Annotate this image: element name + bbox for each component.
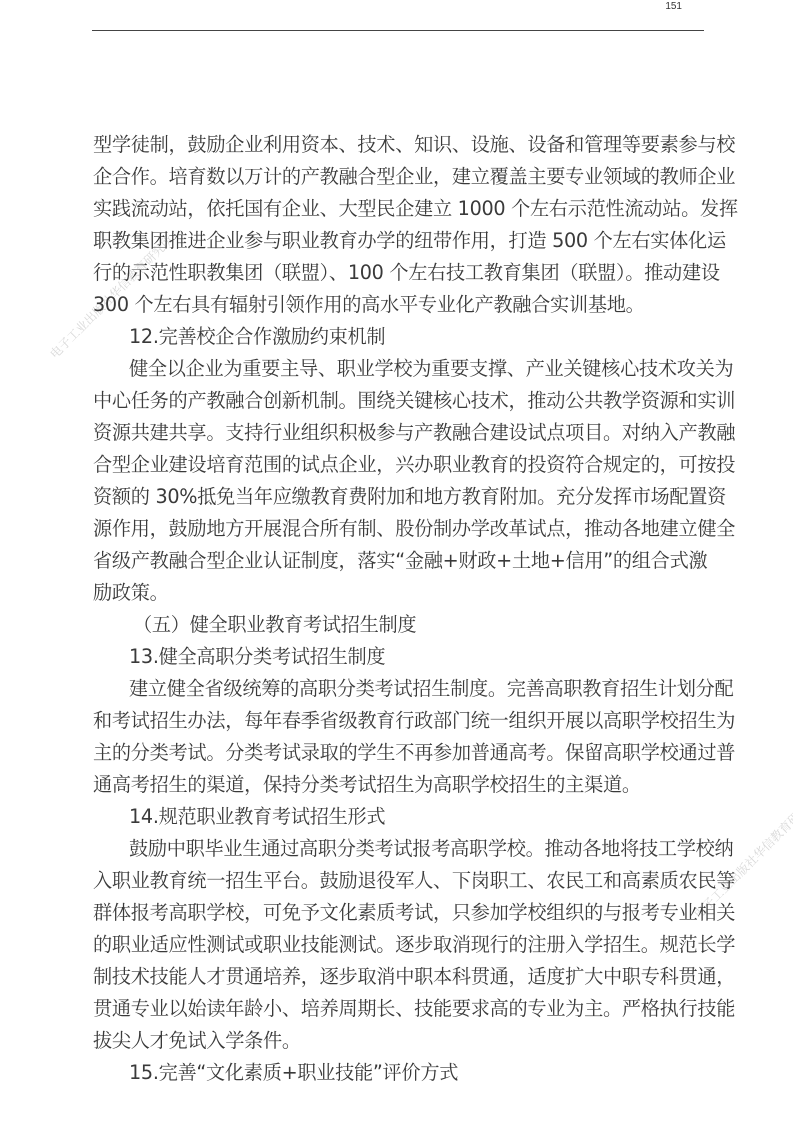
text-line: 和考试招生办法，每年春季省级教育行政部门统一组织开展以高职学校招生为	[93, 705, 707, 737]
header-rule	[92, 30, 704, 31]
text-line: 型学徒制，鼓励企业利用资本、技术、知识、设施、设备和管理等要素参与校	[93, 129, 707, 161]
text-line: 300 个左右具有辐射引领作用的高水平专业化产教融合实训基地。	[93, 289, 707, 321]
text-line: 省级产教融合型企业认证制度，落实“金融+财政+土地+信用”的组合式激	[93, 545, 707, 577]
text-line: 行的示范性职教集团（联盟）、100 个左右技工教育集团（联盟）。推动建设	[93, 257, 707, 289]
body-text: 型学徒制，鼓励企业利用资本、技术、知识、设施、设备和管理等要素参与校 企合作。培…	[93, 129, 707, 1089]
text-line: 资源共建共享。支持行业组织积极参与产教融合建设试点项目。对纳入产教融	[93, 417, 707, 449]
page-number: 151	[640, 1, 682, 12]
text-line: 制技术技能人才贯通培养，逐步取消中职本科贯通，适度扩大中职专科贯通，	[93, 961, 707, 993]
paragraph-start: 鼓励中职毕业生通过高职分类考试报考高职学校。推动各地将技工学校纳	[93, 833, 707, 865]
paragraph-start: 健全以企业为重要主导、职业学校为重要支撑、产业关键核心技术攻关为	[93, 353, 707, 385]
subheading-15: 15.完善“文化素质+职业技能”评价方式	[93, 1057, 707, 1089]
text-line: 实践流动站，依托国有企业、大型民企建立 1000 个左右示范性流动站。发挥	[93, 193, 707, 225]
text-line: 入职业教育统一招生平台。鼓励退役军人、下岗职工、农民工和高素质农民等	[93, 865, 707, 897]
subheading-12: 12.完善校企合作激励约束机制	[93, 321, 707, 353]
text-line: 职教集团推进企业参与职业教育办学的纽带作用，打造 500 个左右实体化运	[93, 225, 707, 257]
text-line: 合型企业建设培育范围的试点企业，兴办职业教育的投资符合规定的，可按投	[93, 449, 707, 481]
section-heading-5: （五）健全职业教育考试招生制度	[93, 609, 707, 641]
text-line: 励政策。	[93, 577, 707, 609]
text-line: 拔尖人才免试入学条件。	[93, 1025, 707, 1057]
text-line: 群体报考高职学校，可免予文化素质考试，只参加学校组织的与报考专业相关	[93, 897, 707, 929]
text-line: 主的分类考试。分类考试录取的学生不再参加普通高考。保留高职学校通过普	[93, 737, 707, 769]
subheading-14: 14.规范职业教育考试招生形式	[93, 801, 707, 833]
text-line: 资额的 30%抵免当年应缴教育费附加和地方教育附加。充分发挥市场配置资	[93, 481, 707, 513]
text-line: 贯通专业以始读年龄小、培养周期长、技能要求高的专业为主。严格执行技能	[93, 993, 707, 1025]
text-line: 企合作。培育数以万计的产教融合型企业，建立覆盖主要专业领域的教师企业	[93, 161, 707, 193]
text-line: 源作用，鼓励地方开展混合所有制、股份制办学改革试点，推动各地建立健全	[93, 513, 707, 545]
text-line: 通高考招生的渠道，保持分类考试招生为高职学校招生的主渠道。	[93, 769, 707, 801]
text-line: 中心任务的产教融合创新机制。围绕关键核心技术，推动公共教学资源和实训	[93, 385, 707, 417]
subheading-13: 13.健全高职分类考试招生制度	[93, 641, 707, 673]
text-line: 的职业适应性测试或职业技能测试。逐步取消现行的注册入学招生。规范长学	[93, 929, 707, 961]
paragraph-start: 建立健全省级统筹的高职分类考试招生制度。完善高职教育招生计划分配	[93, 673, 707, 705]
